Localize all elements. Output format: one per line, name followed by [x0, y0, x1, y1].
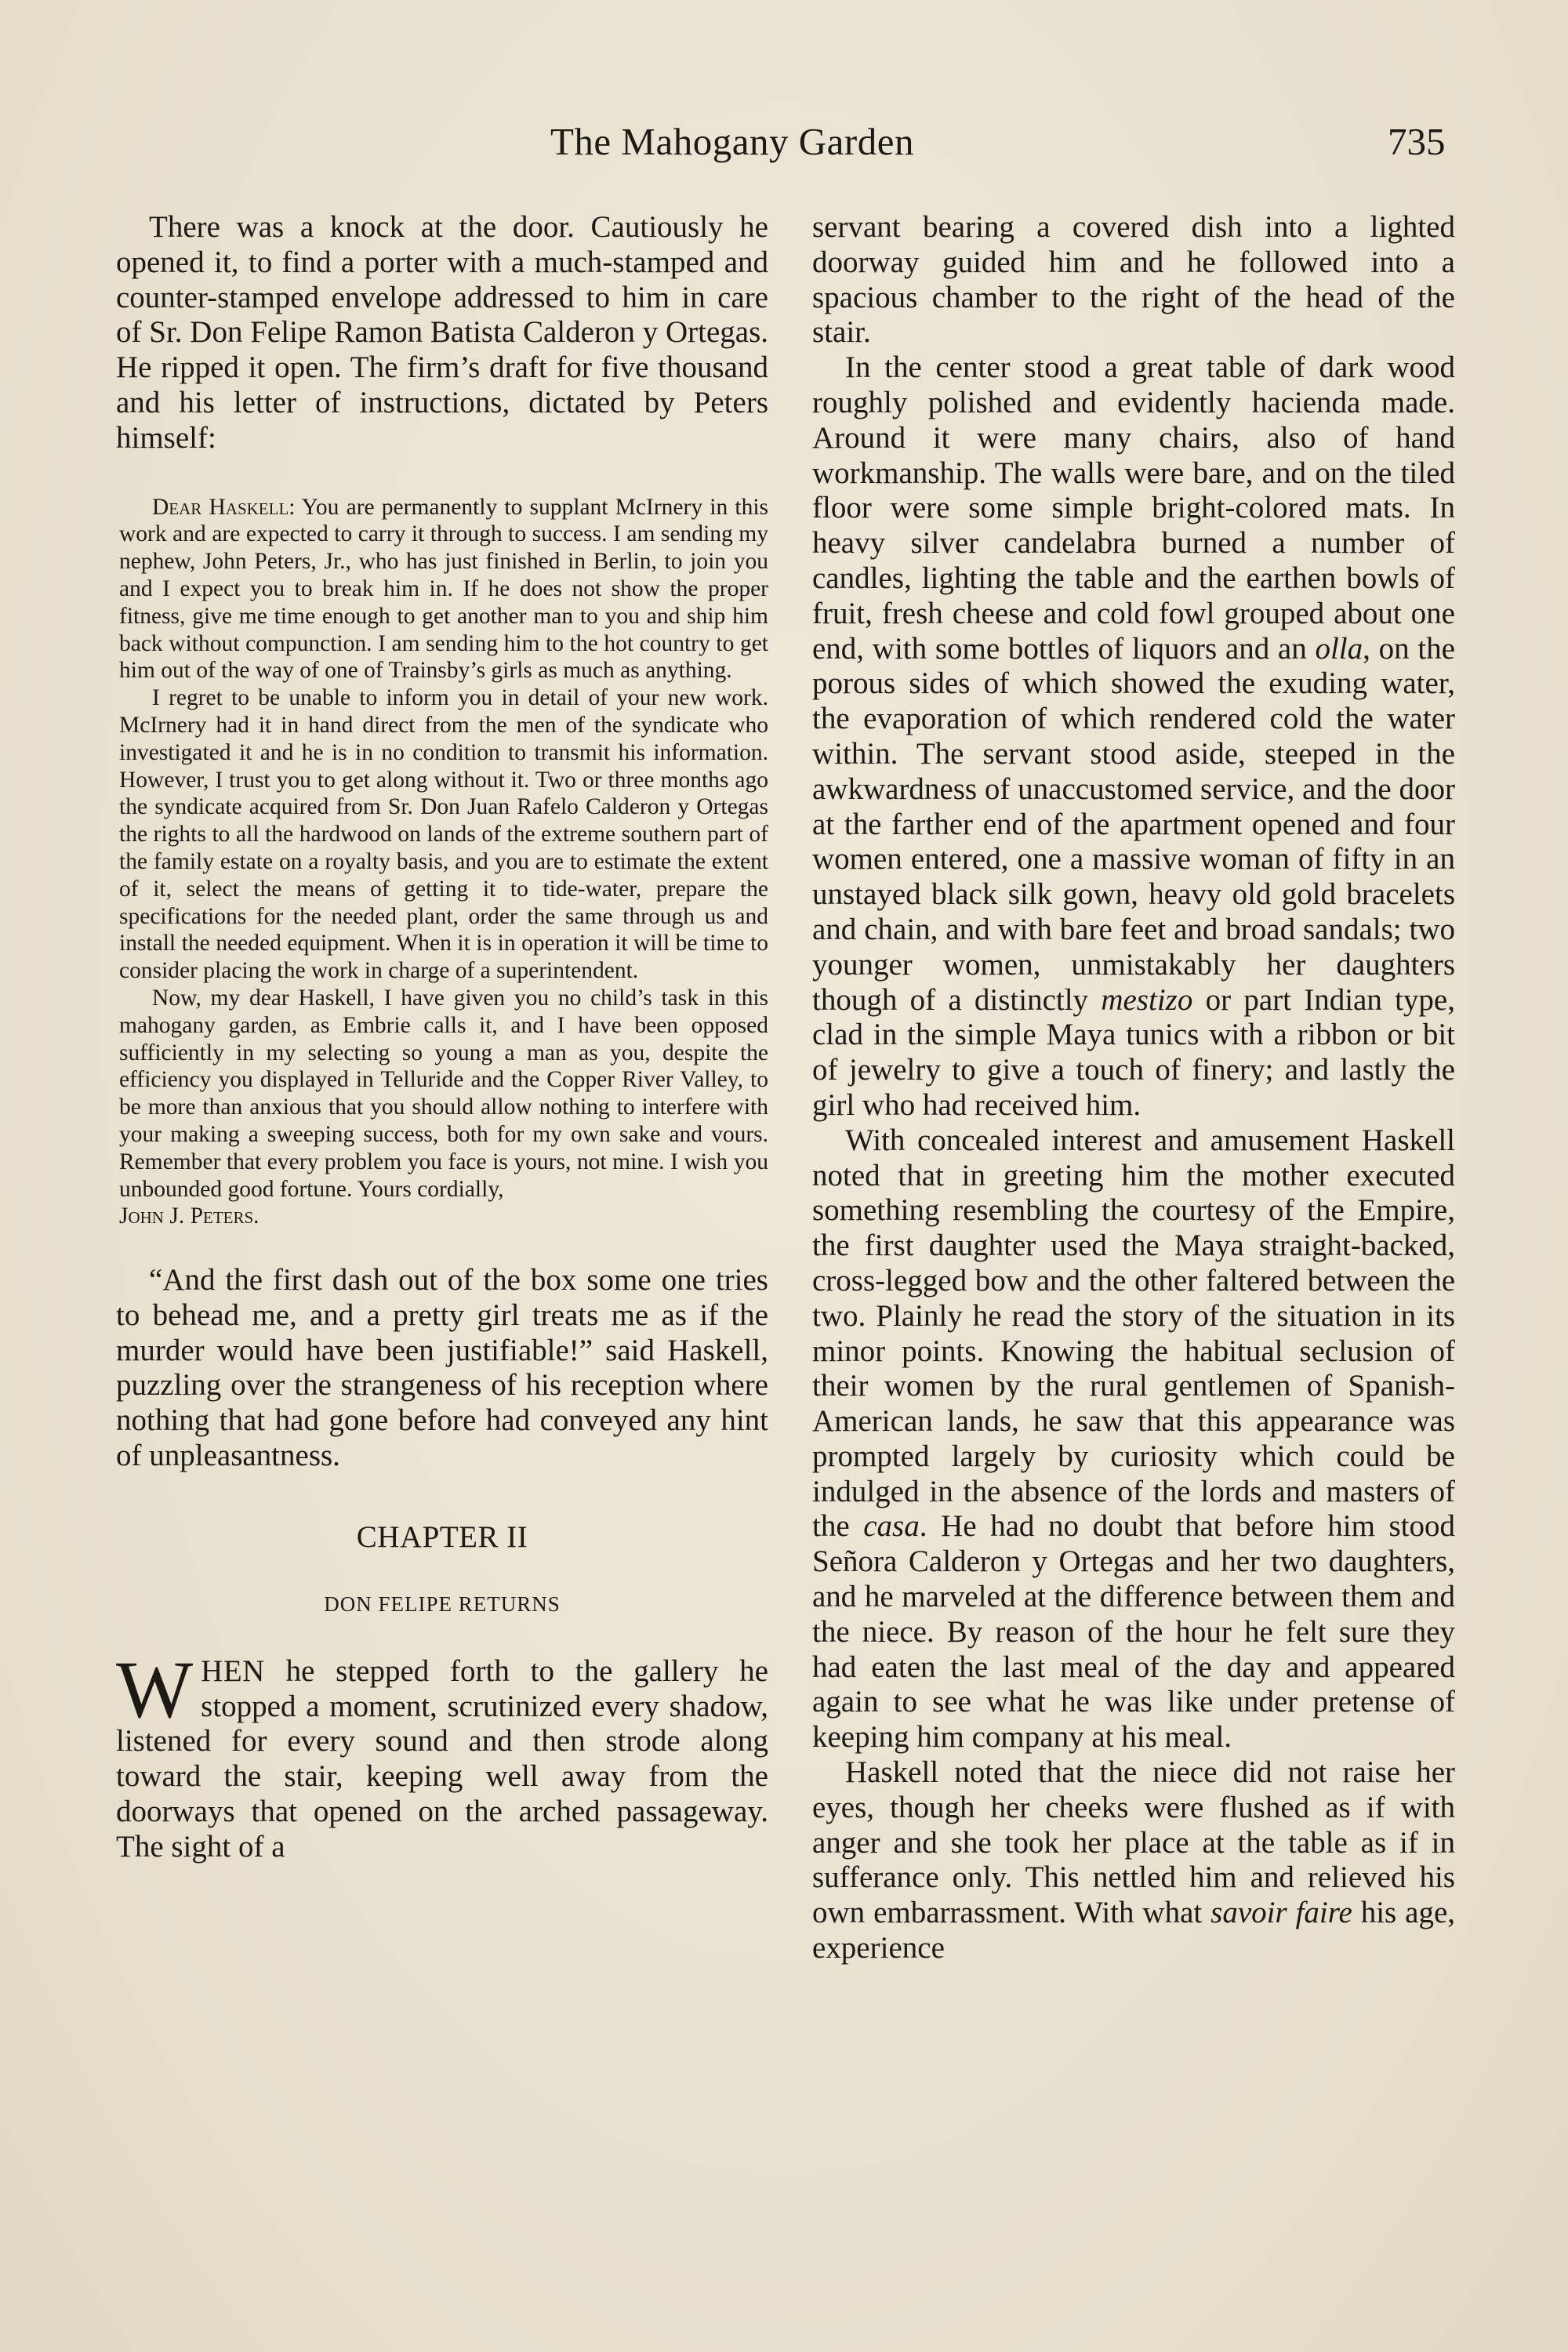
book-page: The Mahogany Garden 735 There was a knoc…	[0, 0, 1568, 2352]
text-run: With concealed interest and amusement Ha…	[812, 1123, 1455, 1544]
letter-paragraph-2: I regret to be unable to inform you in d…	[119, 684, 768, 985]
chapter-heading: CHAPTER II	[116, 1519, 768, 1555]
text-run: In the center stood a great table of dar…	[812, 350, 1455, 665]
letter-paragraph-1: Dear Haskell: You are permanently to sup…	[119, 494, 768, 685]
paragraph-servant-continued: servant bearing a covered dish into a li…	[812, 210, 1455, 350]
paragraph-concealed-interest: With concealed interest and amusement Ha…	[812, 1123, 1455, 1755]
letter-salutation: Dear Haskell:	[152, 495, 295, 520]
page-number: 735	[1388, 119, 1446, 164]
text-run: . He had no doubt that before him stood …	[812, 1509, 1455, 1754]
italic-term-casa: casa	[863, 1509, 920, 1543]
letter-paragraph-1-text: You are permanently to supplant McIrnery…	[119, 495, 768, 684]
letter-paragraph-3: Now, my dear Haskell, I have given you n…	[119, 985, 768, 1203]
lead-caps: HEN	[201, 1654, 265, 1688]
letter-from-peters: Dear Haskell: You are permanently to sup…	[116, 494, 768, 1231]
right-column: servant bearing a covered dish into a li…	[812, 210, 1455, 1966]
chapter-opening-paragraph: WHEN he stepped forth to the gallery he …	[116, 1654, 768, 1865]
paragraph-knock-at-door: There was a knock at the door. Cautiousl…	[116, 210, 768, 456]
italic-term-mestizo: mestizo	[1101, 983, 1192, 1017]
paragraph-great-table: In the center stood a great table of dar…	[812, 350, 1455, 1123]
paragraph-haskell-quote: “And the first dash out of the box some …	[116, 1263, 768, 1474]
italic-term-savoir-faire: savoir faire	[1210, 1896, 1352, 1929]
running-title: The Mahogany Garden	[550, 119, 914, 164]
chapter-subtitle: DON FELIPE RETURNS	[116, 1592, 768, 1617]
running-header: The Mahogany Garden 735	[0, 119, 1568, 174]
italic-term-olla: olla	[1315, 632, 1363, 666]
paragraph-niece: Haskell noted that the niece did not rai…	[812, 1755, 1455, 1966]
letter-signature: John J. Peters.	[119, 1203, 768, 1230]
drop-cap: W	[116, 1659, 193, 1722]
left-column: There was a knock at the door. Cautiousl…	[116, 210, 768, 1865]
text-run: , on the porous sides of which showed th…	[812, 632, 1455, 1017]
